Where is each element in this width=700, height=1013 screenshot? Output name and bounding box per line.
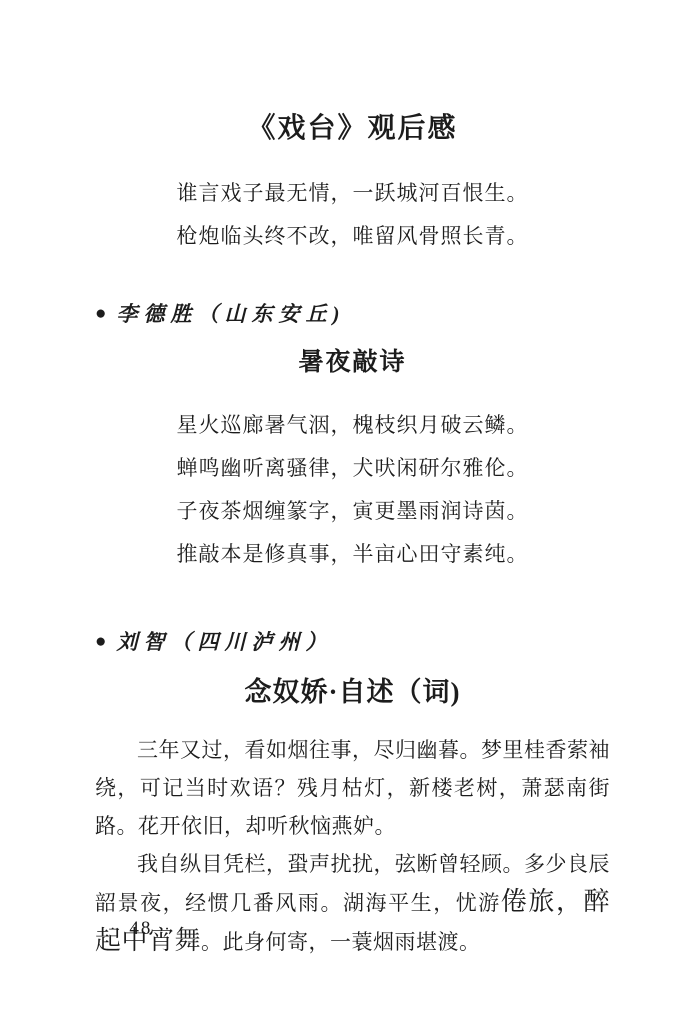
- page-number: ·48·: [98, 918, 184, 940]
- poem-shuye: 星火巡廊暑气洇，槐枝织月破云鳞。 蝉鸣幽听离骚律，犬吠闲研尔雅伦。 子夜茶烟缠篆…: [95, 404, 610, 576]
- poem-line: 星火巡廊暑气洇，槐枝织月破云鳞。: [95, 404, 610, 447]
- poem-line: 谁言戏子最无情，一跃城河百恨生。: [95, 172, 610, 215]
- page-number-value: 48: [129, 918, 152, 939]
- ci-paragraph-2: 我自纵目凭栏，蛩声扰扰，弦断曾轻顾。多少良辰韶景夜，经惯几番风雨。湖海平生，忧游…: [95, 845, 610, 961]
- ci-paragraph-2-tail: 。此身何寄，一蓑烟雨堪渡。: [201, 930, 481, 954]
- poem-line: 枪炮临头终不改，唯留风骨照长青。: [95, 215, 610, 258]
- page-number-dot-right: ·: [152, 921, 183, 938]
- ci-title-niannujiao: 念奴娇·自述（词): [95, 670, 610, 709]
- poem-line: 蝉鸣幽听离骚律，犬吠闲研尔雅伦。: [95, 447, 610, 490]
- poem-title-xitai: 《戏台》观后感: [95, 0, 610, 146]
- book-page: 《戏台》观后感 谁言戏子最无情，一跃城河百恨生。 枪炮临头终不改，唯留风骨照长青…: [0, 0, 700, 1013]
- poem-xitai: 谁言戏子最无情，一跃城河百恨生。 枪炮临头终不改，唯留风骨照长青。: [95, 172, 610, 258]
- author-line-lidesheng: ● 李德胜（山东安丘): [95, 298, 610, 328]
- author-name: 李德胜（山东安丘): [116, 298, 345, 328]
- poem-title-shuye: 暑夜敲诗: [95, 342, 610, 378]
- author-line-liuzhi: ● 刘智（四川泸州）: [95, 626, 610, 656]
- bullet-icon: ●: [95, 304, 106, 323]
- author-name: 刘智（四川泸州）: [116, 626, 332, 656]
- bullet-icon: ●: [95, 632, 106, 651]
- poem-line: 推敲本是修真事，半亩心田守素纯。: [95, 533, 610, 576]
- page-number-dot-left: ·: [98, 921, 129, 938]
- poem-line: 子夜茶烟缠篆字，寅更墨雨润诗茵。: [95, 490, 610, 533]
- ci-paragraph-1: 三年又过，看如烟往事，尽归幽暮。梦里桂香萦袖绕，可记当时欢语？残月枯灯，新楼老树…: [95, 731, 610, 845]
